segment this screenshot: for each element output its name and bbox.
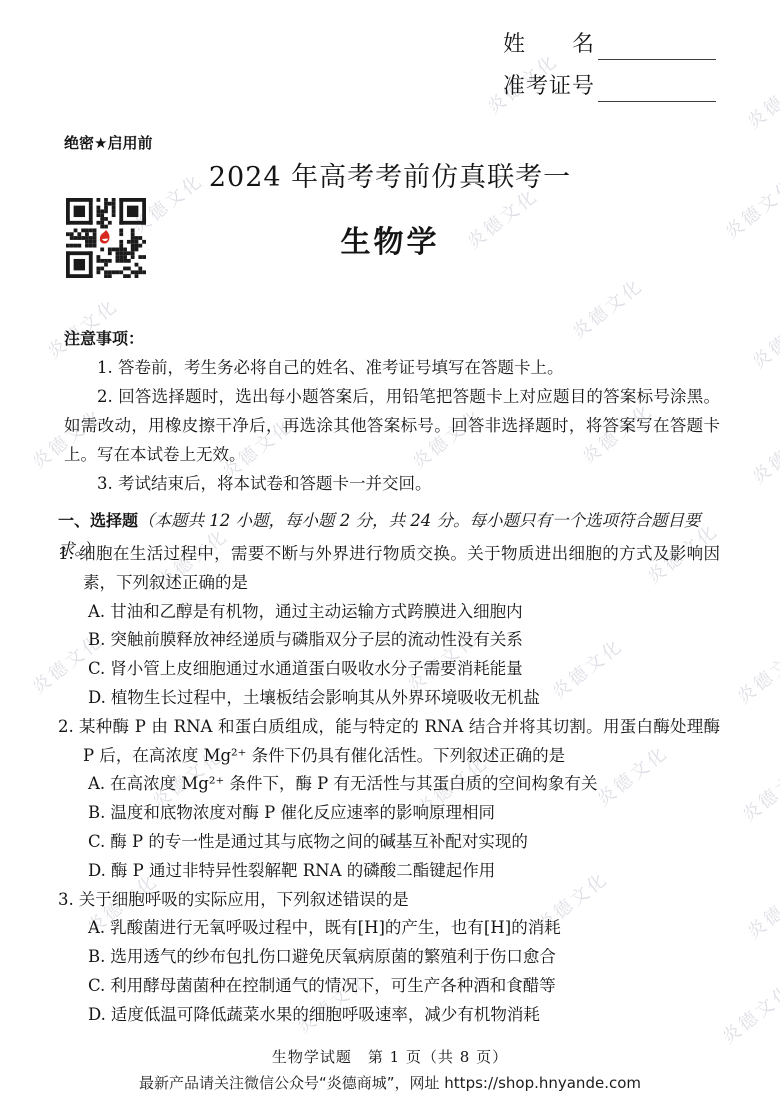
footer-promo-text: 最新产品请关注微信公众号“炎德商城”，网址 https://shop.hnyan… xyxy=(0,1072,780,1093)
name-blank-line xyxy=(598,32,716,60)
question-stem: 2.某种酶 P 由 RNA 和蛋白质组成，能与特定的 RNA 结合并将其切割。用… xyxy=(58,713,720,771)
option-d: D.适度低温可降低蔬菜水果的细胞呼吸速率，减少有机物消耗 xyxy=(58,1001,720,1030)
option-b: B.突触前膜释放神经递质与磷脂双分子层的流动性没有关系 xyxy=(58,626,720,655)
notice-heading: 注意事项： xyxy=(64,324,720,353)
name-field-row: 姓 名 xyxy=(503,30,716,60)
ticket-number-label: 准考证号 xyxy=(503,72,595,102)
question-number: 2. xyxy=(58,717,74,736)
secrecy-notice: 绝密★启用前 xyxy=(64,132,152,153)
ticket-field-row: 准考证号 xyxy=(503,72,716,102)
option-d: D.植物生长过程中，土壤板结会影响其从外界环境吸收无机盐 xyxy=(58,684,720,713)
ticket-blank-line xyxy=(598,74,716,102)
exam-paper-page: 炎德文化炎德文化炎德文化炎德文化炎德文化炎德文化炎德文化炎德文化炎德文化炎德文化… xyxy=(0,0,780,1098)
option-a: A.在高浓度 Mg²⁺ 条件下，酶 P 有无活性与其蛋白质的空间构象有关 xyxy=(58,770,720,799)
option-c: C.利用酵母菌菌种在控制通气的情况下，可生产各种酒和食醋等 xyxy=(58,972,720,1001)
notice-item-2: 2. 回答选择题时，选出每小题答案后，用铅笔把答题卡上对应题目的答案标号涂黑。如… xyxy=(64,382,720,469)
question-text: 关于细胞呼吸的实际应用，下列叙述错误的是 xyxy=(79,890,409,909)
question-stem: 3.关于细胞呼吸的实际应用，下列叙述错误的是 xyxy=(58,886,720,915)
subject-title: 生物学 xyxy=(0,217,780,261)
question-3: 3.关于细胞呼吸的实际应用，下列叙述错误的是 A.乳酸菌进行无氧呼吸过程中，既有… xyxy=(58,886,720,1030)
exam-title: 2024 年高考考前仿真联考一 xyxy=(0,155,780,194)
question-1: 1.细胞在生活过程中，需要不断与外界进行物质交换。关于物质进出细胞的方式及影响因… xyxy=(58,540,720,713)
question-text: 细胞在生活过程中，需要不断与外界进行物质交换。关于物质进出细胞的方式及影响因素，… xyxy=(79,544,720,592)
question-2: 2.某种酶 P 由 RNA 和蛋白质组成，能与特定的 RNA 结合并将其切割。用… xyxy=(58,713,720,886)
option-b: B.温度和底物浓度对酶 P 催化反应速率的影响原理相同 xyxy=(58,799,720,828)
notice-block: 注意事项： 1. 答卷前，考生务必将自己的姓名、准考证号填写在答题卡上。 2. … xyxy=(64,324,720,498)
name-label: 姓 名 xyxy=(503,30,595,60)
question-text: 某种酶 P 由 RNA 和蛋白质组成，能与特定的 RNA 结合并将其切割。用蛋白… xyxy=(79,717,720,765)
question-stem: 1.细胞在生活过程中，需要不断与外界进行物质交换。关于物质进出细胞的方式及影响因… xyxy=(58,540,720,598)
option-b: B.选用透气的纱布包扎伤口避免厌氧病原菌的繁殖利于伤口愈合 xyxy=(58,943,720,972)
question-number: 1. xyxy=(58,544,74,563)
notice-item-3: 3. 考试结束后，将本试卷和答题卡一并交回。 xyxy=(64,469,720,498)
footer-page-info: 生物学试题 第 1 页（共 8 页） xyxy=(0,1046,780,1067)
option-c: C.酶 P 的专一性是通过其与底物之间的碱基互补配对实现的 xyxy=(58,828,720,857)
option-c: C.肾小管上皮细胞通过水通道蛋白吸收水分子需要消耗能量 xyxy=(58,655,720,684)
section-title: 一、选择题 xyxy=(58,511,138,530)
question-number: 3. xyxy=(58,890,74,909)
notice-item-1: 1. 答卷前，考生务必将自己的姓名、准考证号填写在答题卡上。 xyxy=(64,353,720,382)
option-a: A.乳酸菌进行无氧呼吸过程中，既有[H]的产生，也有[H]的消耗 xyxy=(58,914,720,943)
question-list: 1.细胞在生活过程中，需要不断与外界进行物质交换。关于物质进出细胞的方式及影响因… xyxy=(58,540,720,1030)
option-d: D.酶 P 通过非特异性裂解靶 RNA 的磷酸二酯键起作用 xyxy=(58,857,720,886)
option-a: A.甘油和乙醇是有机物，通过主动运输方式跨膜进入细胞内 xyxy=(58,598,720,627)
